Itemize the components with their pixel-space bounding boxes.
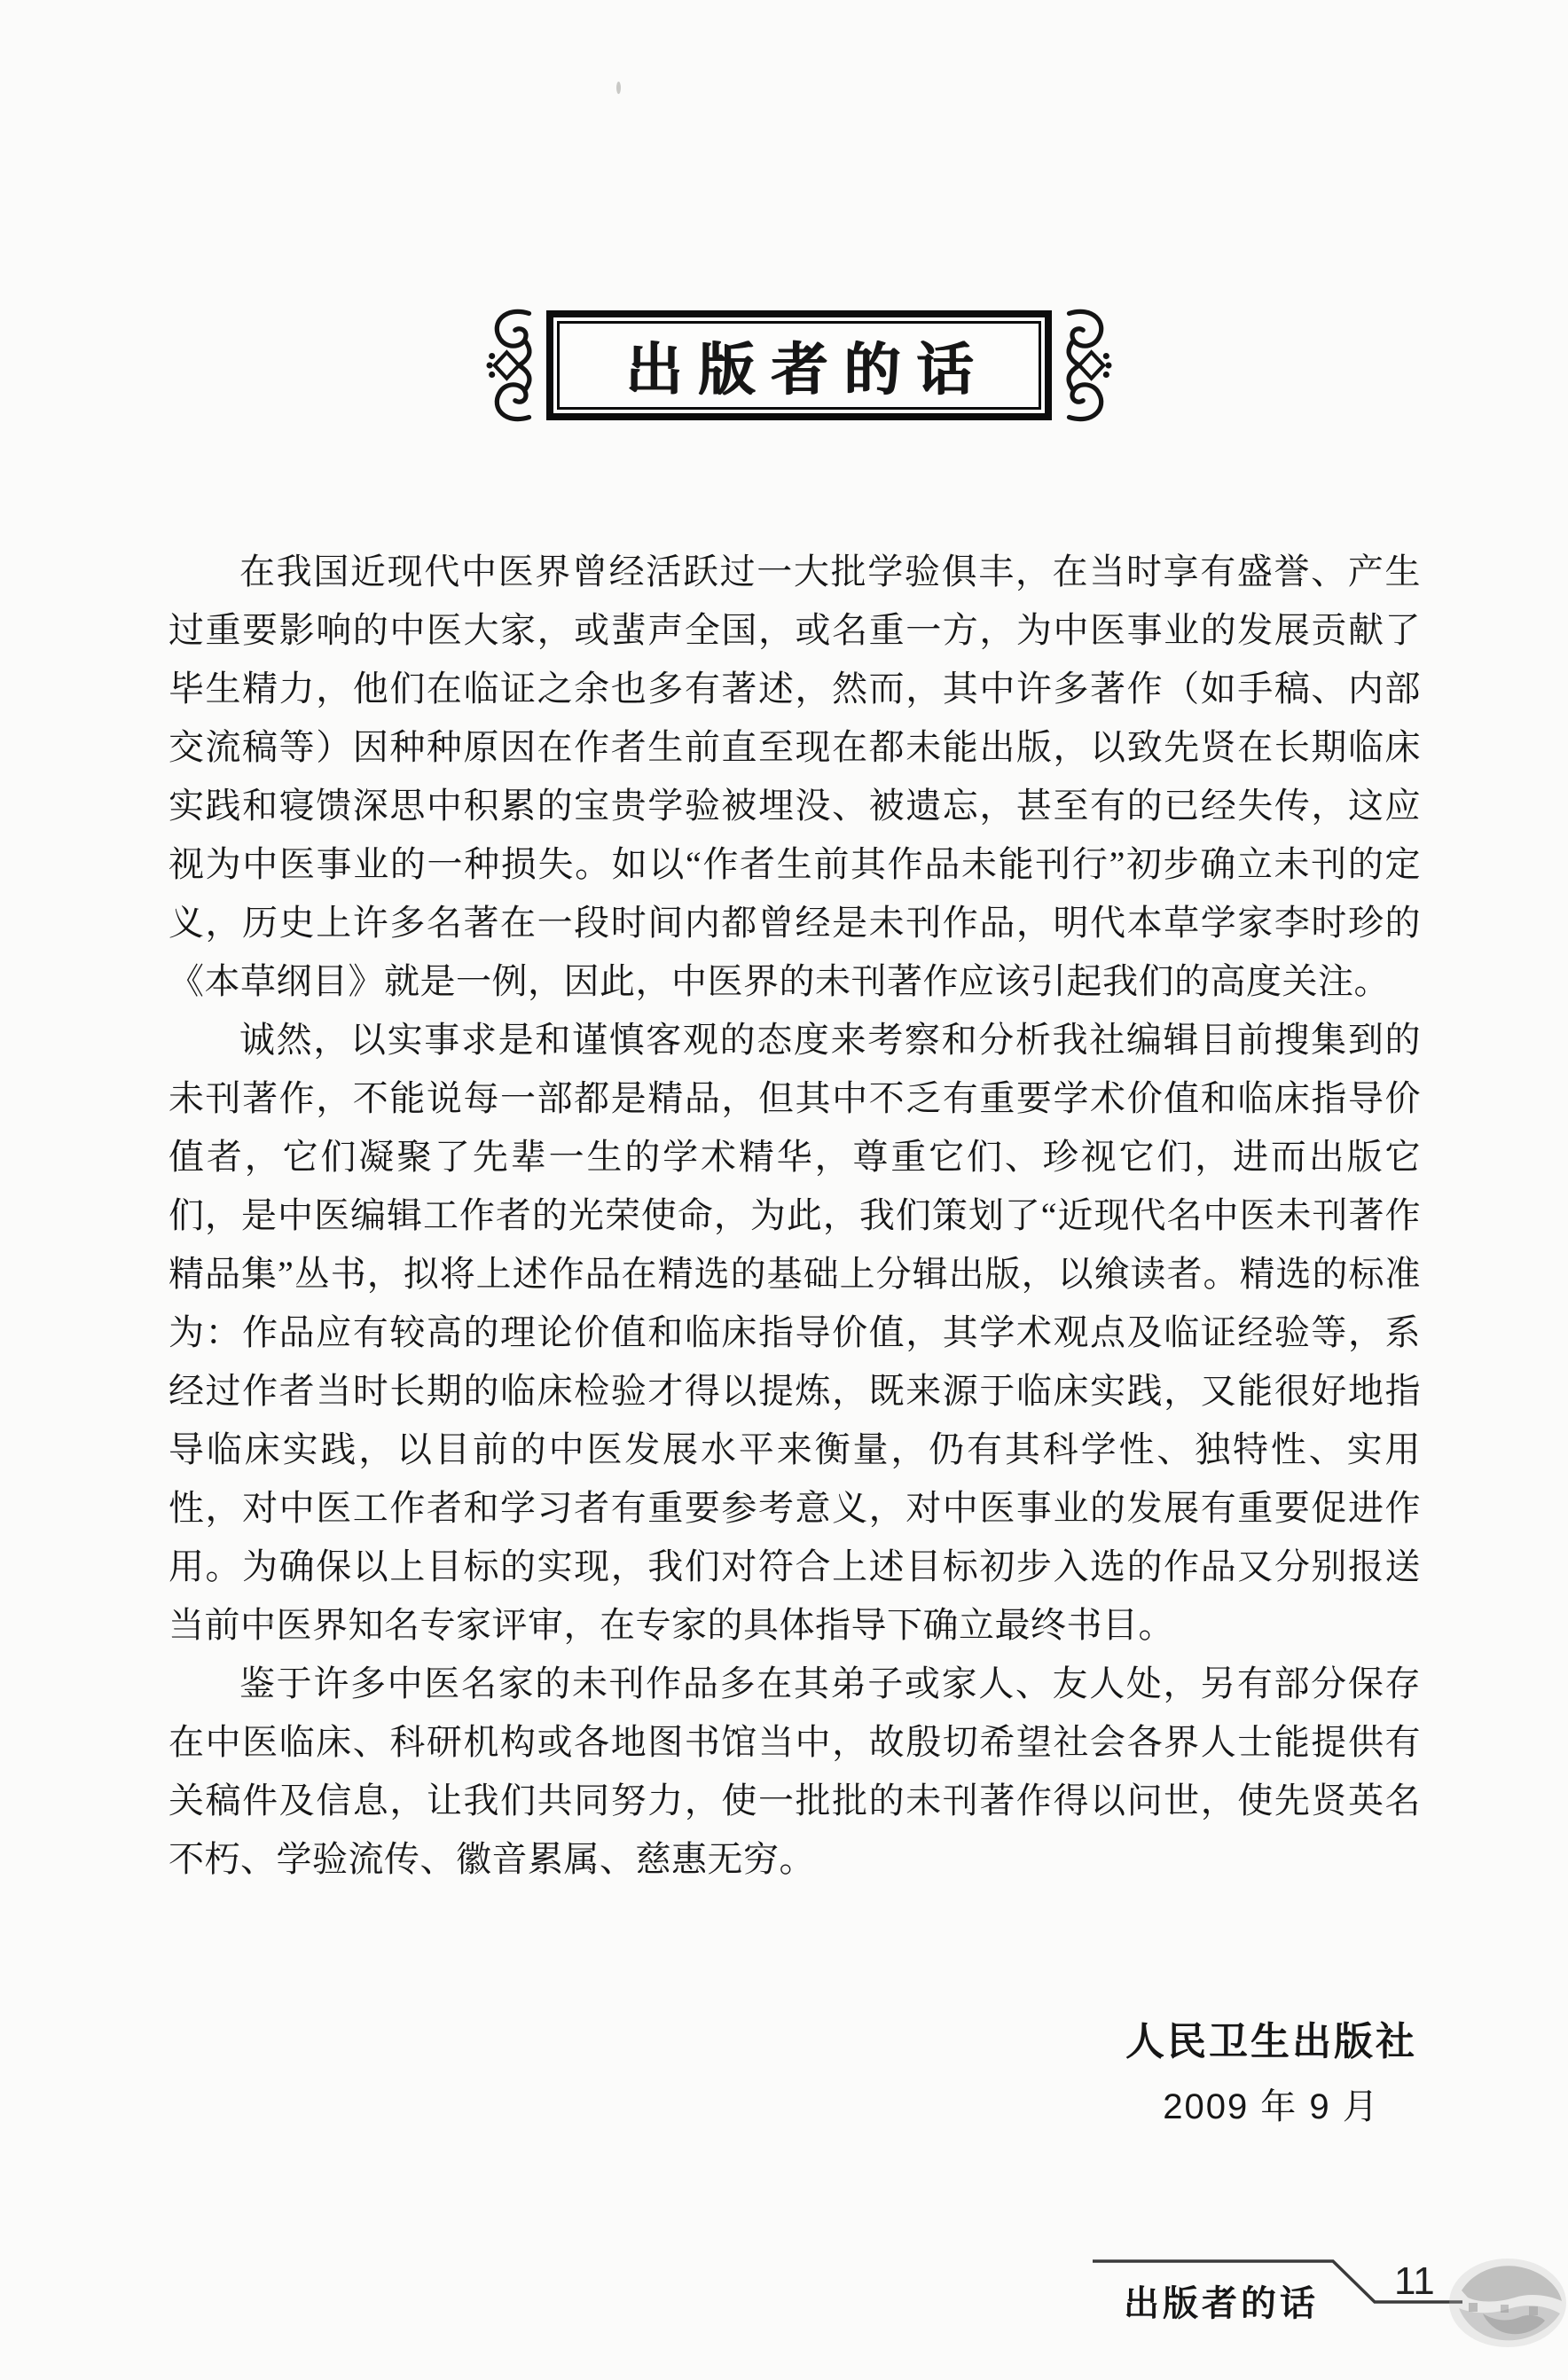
page-number: 11 (1394, 2259, 1435, 2304)
faded-seal-icon (1444, 2251, 1568, 2362)
paragraph-1: 在我国近现代中医界曾经活跃过一大批学验俱丰，在当时享有盛誉、产生过重要影响的中医… (169, 543, 1421, 1011)
scroll-ornament-left-icon (486, 304, 552, 427)
scanned-book-page: 出版者的话 在我国近现代中医界曾经活跃过一大批学验俱丰，在当时享有盛誉、产生过重… (0, 0, 1568, 2380)
publish-date: 2009 年 9 月 (1125, 2079, 1417, 2129)
title-banner: 出版者的话 (486, 303, 1112, 427)
footer-section-label: 出版者的话 (1124, 2275, 1319, 2326)
paragraph-2: 诚然，以实事求是和谨慎客观的态度来考察和分析我社编辑目前搜集到的未刊著作，不能说… (169, 1011, 1421, 1655)
publisher-name: 人民卫生出版社 (1125, 2009, 1417, 2066)
document-body: 在我国近现代中医界曾经活跃过一大批学验俱丰，在当时享有盛誉、产生过重要影响的中医… (169, 543, 1421, 1889)
scan-speck (266, 1619, 273, 1625)
page-title: 出版者的话 (609, 325, 989, 406)
scan-speck (616, 82, 621, 94)
title-banner-frame: 出版者的话 (546, 310, 1052, 420)
title-banner-inner-frame: 出版者的话 (557, 321, 1041, 410)
paragraph-3: 鉴于许多中医名家的未刊作品多在其弟子或家人、友人处，另有部分保存在中医临床、科研… (169, 1655, 1421, 1889)
scroll-ornament-right-icon (1047, 304, 1112, 427)
signature-block: 人民卫生出版社 2009 年 9 月 (1125, 2009, 1417, 2129)
